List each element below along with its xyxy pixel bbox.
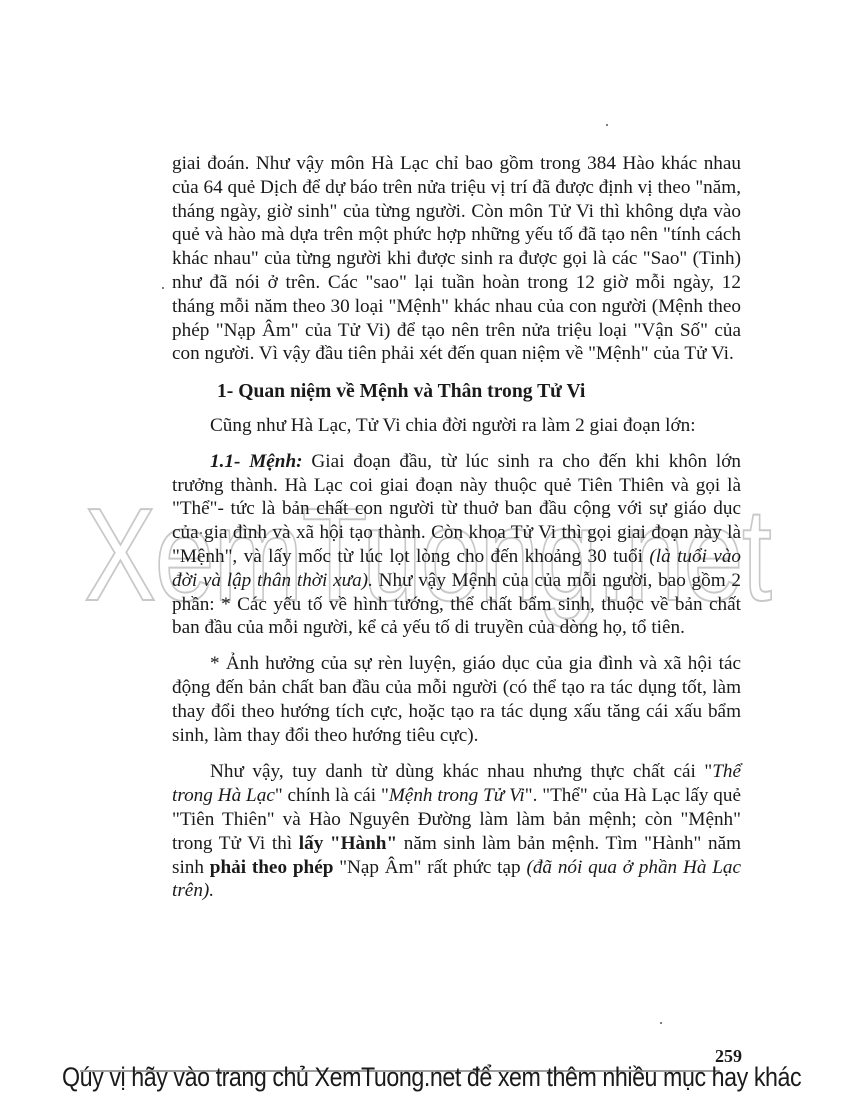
scan-speck (660, 1022, 662, 1024)
scan-speck (606, 124, 608, 126)
paragraph-influence: * Ảnh hưởng của sự rèn luyện, giáo dục c… (172, 652, 741, 747)
body-text: giai đoán. Như vậy môn Hà Lạc chỉ bao gồ… (172, 152, 741, 903)
section-heading: 1- Quan niệm về Mệnh và Thân trong Tử Vi (172, 380, 741, 404)
document-page: XemTuong.net giai đoán. Như vậy môn Hà L… (0, 0, 850, 1102)
paragraph-conclusion: Như vậy, tuy danh từ dùng khác nhau nhưn… (172, 760, 741, 903)
paragraph-intro: giai đoán. Như vậy môn Hà Lạc chỉ bao gồ… (172, 152, 741, 366)
footer-banner: Qúy vị hãy vào trang chủ XemTuong.net để… (62, 1057, 694, 1097)
scan-speck (162, 287, 164, 289)
subsection-label: 1.1- Mệnh: (210, 451, 303, 472)
paragraph-menh: 1.1- Mệnh: Giai đoạn đầu, từ lúc sinh ra… (172, 450, 741, 640)
paragraph-two-stages: Cũng như Hà Lạc, Tử Vi chia đời người ra… (172, 414, 741, 438)
